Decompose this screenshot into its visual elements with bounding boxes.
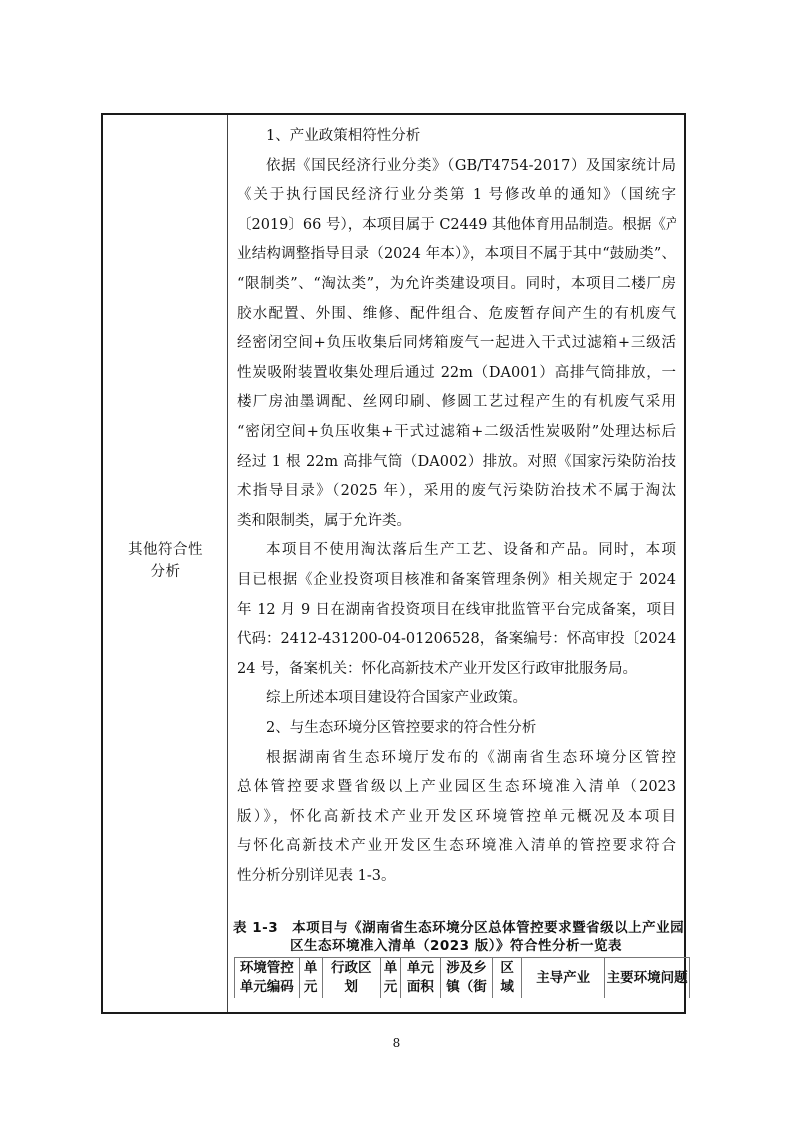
- text-line: 性分析分别详见表 1-3。: [237, 865, 676, 887]
- header-text-line2: 元: [382, 978, 399, 997]
- text-line: 经密闭空间+负压收集后同烤箱废气一起进入干式过滤箱+三级活: [237, 332, 676, 354]
- text-line: 业结构调整指导目录（2024 年本）》，本项目不属于其中“鼓励类”、: [237, 243, 676, 265]
- text-line: 本项目不使用淘汰落后生产工艺、设备和产品。同时，本项: [237, 539, 676, 561]
- text-line: 术指导目录》（2025 年），采用的废气污染防治技术不属于淘汰: [237, 480, 676, 502]
- header-text-line1: 主导产业: [523, 969, 603, 988]
- text-line: 24 号，备案机关：怀化高新技术产业开发区行政审批服务局。: [237, 658, 676, 680]
- table-caption-line2: 区生态环境准入清单（2023 版）》符合性分析一览表: [233, 937, 679, 956]
- text-line: 根据湖南省生态环境厅发布的《湖南省生态环境分区管控: [237, 747, 676, 769]
- header-text-line2: 单元编码: [236, 978, 298, 997]
- table-header-cell: 单元: [299, 958, 322, 999]
- header-text-line1: 涉及乡: [442, 959, 491, 978]
- table-caption-line1: 表 1-3 本项目与《湖南省生态环境分区总体管控要求暨省级以上产业园: [233, 919, 679, 938]
- text-line: “密闭空间+负压收集+干式过滤箱+二级活性炭吸附”处理达标后: [237, 421, 676, 443]
- text-line: 经过 1 根 22m 高排气筒（DA002）排放。对照《国家污染防治技: [237, 451, 676, 473]
- header-text-line2: 域: [494, 978, 520, 997]
- header-text-line1: 单: [382, 959, 399, 978]
- text-line: 综上所述本项目建设符合国家产业政策。: [237, 687, 676, 709]
- table-1-3-header: 环境管控单元编码单元行政区划单元单元面积涉及乡镇（街区域主导产业主要环境问题: [234, 957, 690, 998]
- row-label-line2: 分析: [103, 561, 228, 583]
- table-header-cell: 区域: [493, 958, 522, 999]
- text-line: 总体管控要求暨省级以上产业园区生态环境准入清单（2023: [237, 776, 676, 798]
- text-line: 〔2019〕66 号），本项目属于 C2449 其他体育用品制造。根据《产: [237, 214, 676, 236]
- header-text-line2: 镇（街: [442, 978, 491, 997]
- text-line: 年 12 月 9 日在湖南省投资项目在线审批监管平台完成备案，项目: [237, 599, 676, 621]
- header-text-line1: 行政区: [324, 959, 379, 978]
- text-line: 依据《国民经济行业分类》（GB/T4754-2017）及国家统计局: [237, 155, 676, 177]
- text-line: 胶水配置、外围、维修、配件组合、危废暂存间产生的有机废气: [237, 303, 676, 325]
- header-text-line1: 主要环境问题: [606, 969, 688, 988]
- header-text-line2: 元: [301, 978, 321, 997]
- text-line: 代码：2412-431200-04-01206528，备案编号：怀高审投〔202…: [237, 628, 676, 650]
- text-line: 性炭吸附装置收集处理后通过 22m（DA001）高排气筒排放，一: [237, 362, 676, 384]
- table-header-cell: 单元: [381, 958, 401, 999]
- header-text-line1: 环境管控: [236, 959, 298, 978]
- page-number: 8: [0, 1036, 793, 1050]
- text-line: 与怀化高新技术产业开发区生态环境准入清单的管控要求符合: [237, 835, 676, 857]
- text-line: 1、产业政策相符性分析: [237, 125, 676, 147]
- header-text-line1: 单: [301, 959, 321, 978]
- text-line: 版）》，怀化高新技术产业开发区环境管控单元概况及本项目: [237, 806, 676, 828]
- header-text-line2: 面积: [402, 978, 439, 997]
- text-line: 类和限制类，属于允许类。: [237, 510, 676, 532]
- table-header-cell: 单元面积: [400, 958, 440, 999]
- table-header-cell: 主要环境问题: [605, 958, 690, 999]
- table-header-cell: 主导产业: [522, 958, 605, 999]
- text-line: 《关于执行国民经济行业分类第 1 号修改单的通知》（国统字: [237, 184, 676, 206]
- row-label: 其他符合性 分析: [103, 539, 228, 583]
- compliance-analysis-table: 其他符合性 分析 1、产业政策相符性分析依据《国民经济行业分类》（GB/T475…: [101, 113, 686, 1014]
- header-text-line2: 划: [324, 978, 379, 997]
- table-header-row: 环境管控单元编码单元行政区划单元单元面积涉及乡镇（街区域主导产业主要环境问题: [235, 958, 690, 999]
- text-line: 楼厂房油墨调配、丝网印刷、修圆工艺过程产生的有机废气采用: [237, 391, 676, 413]
- row-label-cell: 其他符合性 分析: [103, 115, 228, 1012]
- table-header-cell: 环境管控单元编码: [235, 958, 300, 999]
- header-text-line1: 单元: [402, 959, 439, 978]
- row-label-line1: 其他符合性: [103, 539, 228, 561]
- text-line: 2、与生态环境分区管控要求的符合性分析: [237, 717, 676, 739]
- text-line: “限制类”、“淘汰类”，为允许类建设项目。同时，本项目二楼厂房: [237, 273, 676, 295]
- table-header-cell: 涉及乡镇（街: [440, 958, 492, 999]
- content-cell: 1、产业政策相符性分析依据《国民经济行业分类》（GB/T4754-2017）及国…: [228, 115, 684, 1012]
- header-text-line1: 区: [494, 959, 520, 978]
- table-header-cell: 行政区划: [322, 958, 380, 999]
- text-line: 目已根据《企业投资项目核准和备案管理条例》相关规定于 2024: [237, 569, 676, 591]
